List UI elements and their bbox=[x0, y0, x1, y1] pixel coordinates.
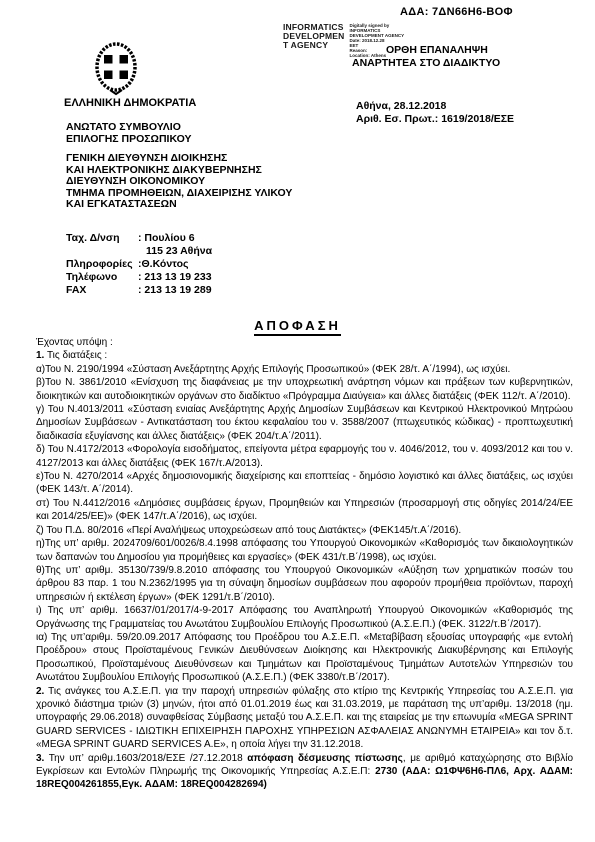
contact-info-block: Ταχ. Δ/νση: Πουλίου 6 115 23 Αθήνα Πληρο… bbox=[66, 232, 212, 297]
body-paragraph: ε)Του Ν. 4270/2014 «Αρχές δημοσιονομικής… bbox=[36, 470, 573, 497]
organization-name: ΑΝΩΤΑΤΟ ΣΥΜΒΟΥΛΙΟ ΕΠΙΛΟΓΗΣ ΠΡΟΣΩΠΙΚΟΥ bbox=[66, 122, 191, 145]
hellenic-republic-label: ΕΛΛΗΝΙΚΗ ΔΗΜΟΚΡΑΤΙΑ bbox=[64, 97, 196, 109]
decision-document-page: ΑΔΑ: 7ΔΝ66Η6-ΒΟΦ INFORMATICS DEVELOPMEN … bbox=[0, 0, 595, 842]
body-paragraph: ι) Της υπ’ αριθμ. 16637/01/2017/4-9-2017… bbox=[36, 604, 573, 631]
correct-repeat-notice: ΟΡΘΗ ΕΠΑΝΑΛΗΨΗ bbox=[386, 44, 488, 56]
body-paragraph: γ) Του Ν.4013/2011 «Σύσταση ενιαίας Ανεξ… bbox=[36, 403, 573, 443]
stamp-agency-name: INFORMATICS DEVELOPMEN T AGENCY bbox=[283, 23, 345, 58]
decision-body: Έχοντας υπόψη : 1. Τις διατάξεις : α)Του… bbox=[36, 336, 573, 792]
body-paragraph: θ)Της υπ’ αριθμ. 35130/739/9.8.2010 απόφ… bbox=[36, 564, 573, 604]
decision-title-wrap: ΑΠΟΦΑΣΗ bbox=[0, 317, 595, 336]
body-paragraph: Έχοντας υπόψη : bbox=[36, 336, 573, 349]
date-protocol-block: Αθήνα, 28.12.2018 Αριθ. Εσ. Πρωτ.: 1619/… bbox=[356, 100, 514, 126]
decision-title: ΑΠΟΦΑΣΗ bbox=[254, 318, 341, 336]
contact-row-phone: Τηλέφωνο: 213 13 19 233 bbox=[66, 271, 212, 284]
body-paragraph: δ) Του Ν.4172/2013 «Φορολογία εισοδήματο… bbox=[36, 443, 573, 470]
body-paragraph: στ) Του Ν.4412/2016 «Δημόσιες συμβάσεις … bbox=[36, 497, 573, 524]
city-date: Αθήνα, 28.12.2018 bbox=[356, 100, 514, 113]
contact-row-city: 115 23 Αθήνα bbox=[66, 245, 212, 258]
body-paragraph: 3. Την υπ’ αριθμ.1603/2018/ΕΣΕ /27.12.20… bbox=[36, 752, 573, 792]
web-posting-notice: ΑΝΑΡΤΗΤΕΑ ΣΤΟ ΔΙΑΔΙΚΤΥΟ bbox=[352, 57, 500, 69]
body-paragraph: ια) Της υπ’αριθμ. 59/20.09.2017 Απόφασης… bbox=[36, 631, 573, 685]
ada-code: ΑΔΑ: 7ΔΝ66Η6-ΒΟΦ bbox=[400, 6, 513, 18]
body-paragraph: ζ) Του Π.Δ. 80/2016 «Περί Αναλήψεως υποχ… bbox=[36, 524, 573, 537]
body-paragraph: η)Της υπ’ αριθμ. 2024709/601/0026/8.4.19… bbox=[36, 537, 573, 564]
greek-coat-of-arms-icon bbox=[92, 41, 140, 97]
department-lines: ΓΕΝΙΚΗ ΔΙΕΥΘΥΝΣΗ ΔΙΟΙΚΗΣΗΣ ΚΑΙ ΗΛΕΚΤΡΟΝΙ… bbox=[66, 153, 292, 211]
body-paragraph: 1. Τις διατάξεις : bbox=[36, 349, 573, 362]
contact-row-information: Πληροφορίες:Θ.Κόντος bbox=[66, 258, 212, 271]
body-paragraph: β)Του Ν. 3861/2010 «Ενίσχυση της διαφάνε… bbox=[36, 376, 573, 403]
contact-row-address: Ταχ. Δ/νση: Πουλίου 6 bbox=[66, 232, 212, 245]
body-paragraph: α)Του Ν. 2190/1994 «Σύσταση Ανεξάρτητης … bbox=[36, 363, 573, 376]
contact-row-fax: FAX: 213 13 19 289 bbox=[66, 284, 212, 297]
body-paragraph: 2. Τις ανάγκες του Α.Σ.Ε.Π. για την παρο… bbox=[36, 685, 573, 752]
protocol-number: Αριθ. Εσ. Πρωτ.: 1619/2018/ΕΣΕ bbox=[356, 113, 514, 126]
